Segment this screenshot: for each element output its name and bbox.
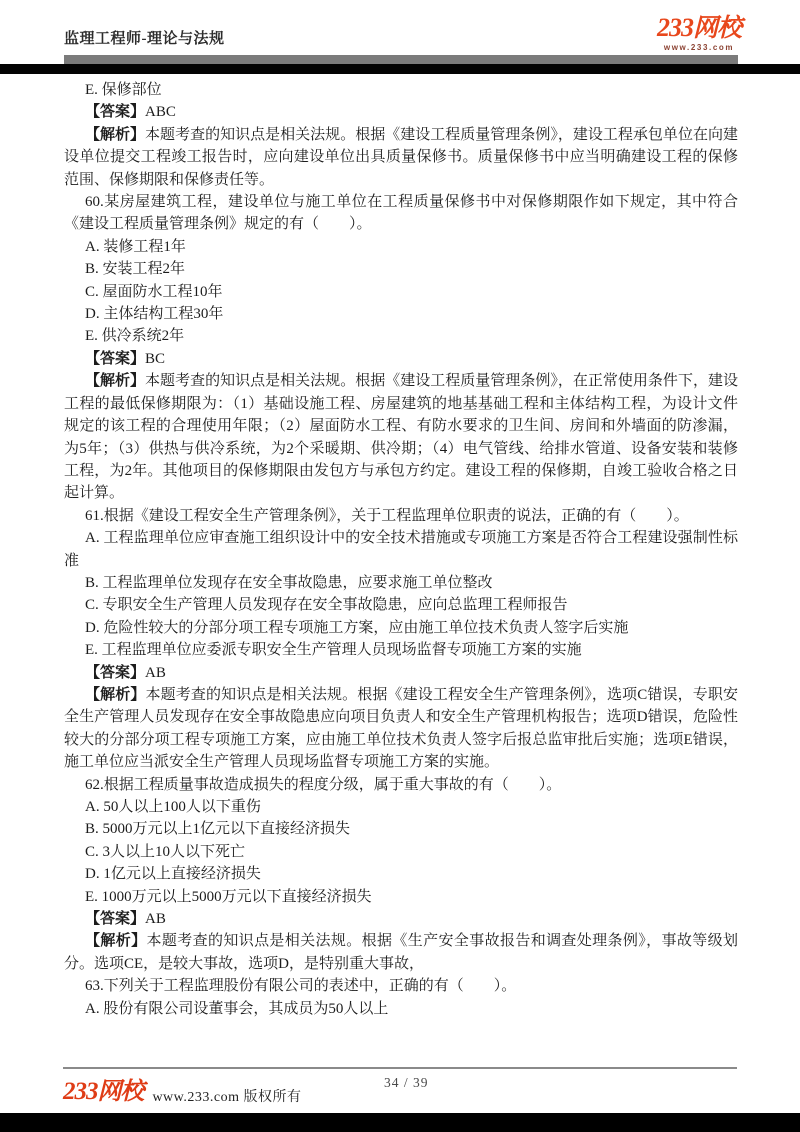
paragraph-text: D. 1亿元以上直接经济损失 [85, 866, 261, 882]
paragraph-text: AB [145, 665, 166, 681]
document-page: { "header": { "title": "监理工程师-理论与法规", "l… [0, 0, 800, 1132]
paragraph-text: 本题考查的知识点是相关法规。根据《建设工程质量管理条例》，建设工程承包单位在向建… [64, 127, 738, 188]
exam-paragraph: C. 3人以上10人以下死亡 [64, 841, 738, 863]
footer-brand: 233网校 www.233.com 版权所有 [63, 1071, 301, 1106]
exam-paragraph: 【答案】BC [64, 348, 738, 370]
exam-paragraph: 60.某房屋建筑工程，建设单位与施工单位在工程质量保修书中对保修期限作如下规定，… [64, 191, 738, 236]
exam-paragraph: 【解析】本题考查的知识点是相关法规。根据《建设工程质量管理条例》，在正常使用条件… [64, 370, 738, 504]
paragraph-text: 本题考查的知识点是相关法规。根据《生产安全事故报告和调查处理条例》，事故等级划分… [64, 933, 738, 971]
exam-paragraph: D. 1亿元以上直接经济损失 [64, 863, 738, 885]
paragraph-text: B. 安装工程2年 [85, 261, 185, 277]
exam-paragraph: E. 1000万元以上5000万元以下直接经济损失 [64, 886, 738, 908]
exam-paragraph: 【答案】AB [64, 662, 738, 684]
paragraph-text: A. 50人以上100人以下重伤 [85, 799, 261, 815]
paragraph-text: 62.根据工程质量事故造成损失的程度分级，属于重大事故的有（ ）。 [85, 777, 561, 793]
exam-paragraph: C. 屋面防水工程10年 [64, 281, 738, 303]
exam-paragraph: A. 50人以上100人以下重伤 [64, 796, 738, 818]
brand-url: www.233.com [648, 44, 750, 52]
paragraph-text: AB [145, 911, 166, 927]
paragraph-text: C. 屋面防水工程10年 [85, 284, 223, 300]
paragraph-label: 【答案】 [85, 104, 145, 120]
paragraph-label: 【答案】 [85, 665, 145, 681]
paragraph-label: 【解析】 [85, 687, 146, 703]
exam-paragraph: 【解析】本题考查的知识点是相关法规。根据《生产安全事故报告和调查处理条例》，事故… [64, 930, 738, 975]
paragraph-text: ABC [145, 104, 176, 120]
paragraph-label: 【解析】 [85, 933, 146, 949]
paragraph-text: E. 供冷系统2年 [85, 328, 184, 344]
header-rule-black [0, 64, 800, 74]
exam-content: E. 保修部位 【答案】ABC 【解析】本题考查的知识点是相关法规。根据《建设工… [64, 79, 738, 1020]
paragraph-text: 61.根据《建设工程安全生产管理条例》，关于工程监理单位职责的说法，正确的有（ … [85, 508, 689, 524]
exam-paragraph: E. 工程监理单位应委派专职安全生产管理人员现场监督专项施工方案的实施 [64, 639, 738, 661]
page-title: 监理工程师-理论与法规 [64, 27, 225, 48]
exam-paragraph: 【答案】ABC [64, 101, 738, 123]
brand-school: 网校 [693, 15, 741, 42]
paragraph-text: 本题考查的知识点是相关法规。根据《建设工程安全生产管理条例》，选项C错误，专职安… [64, 687, 738, 770]
exam-paragraph: D. 主体结构工程30年 [64, 303, 738, 325]
paragraph-label: 【答案】 [85, 911, 145, 927]
paragraph-text: A. 装修工程1年 [85, 239, 186, 255]
footer-rule [63, 1067, 737, 1069]
paragraph-text: B. 5000万元以上1亿元以下直接经济损失 [85, 821, 350, 837]
exam-paragraph: A. 装修工程1年 [64, 236, 738, 258]
brand-number: 233 [657, 13, 693, 42]
footer-copyright: www.233.com 版权所有 [152, 1089, 301, 1106]
footer-bar-black [0, 1113, 800, 1132]
paragraph-text: C. 3人以上10人以下死亡 [85, 844, 245, 860]
paragraph-text: A. 工程监理单位应审查施工组织设计中的安全技术措施或专项施工方案是否符合工程建… [64, 530, 738, 568]
exam-paragraph: 63.下列关于工程监理股份有限公司的表述中，正确的有（ ）。 [64, 975, 738, 997]
header-rule-gray [64, 55, 738, 64]
brand-wordmark: 233网校 [657, 15, 741, 42]
footer-site-url: www.233.com [152, 1090, 239, 1105]
paragraph-label: 【答案】 [85, 351, 145, 367]
exam-paragraph: B. 工程监理单位发现存在安全事故隐患，应要求施工单位整改 [64, 572, 738, 594]
paragraph-text: 63.下列关于工程监理股份有限公司的表述中，正确的有（ ）。 [85, 978, 516, 994]
paragraph-text: BC [145, 351, 165, 367]
page-indicator: 34 / 39 [384, 1075, 429, 1091]
paragraph-label: 【解析】 [85, 373, 145, 389]
exam-paragraph: E. 保修部位 [64, 79, 738, 101]
exam-paragraph: C. 专职安全生产管理人员发现存在安全事故隐患，应向总监理工程师报告 [64, 594, 738, 616]
footer-brand-school: 网校 [97, 1079, 143, 1105]
paragraph-text: E. 保修部位 [85, 82, 162, 98]
paragraph-text: E. 工程监理单位应委派专职安全生产管理人员现场监督专项施工方案的实施 [85, 642, 582, 658]
brand-logo: 233网校 www.233.com [648, 15, 750, 52]
exam-paragraph: A. 股份有限公司设董事会，其成员为50人以上 [64, 998, 738, 1020]
exam-paragraph: 【解析】本题考查的知识点是相关法规。根据《建设工程安全生产管理条例》，选项C错误… [64, 684, 738, 774]
exam-paragraph: D. 危险性较大的分部分项工程专项施工方案，应由施工单位技术负责人签字后实施 [64, 617, 738, 639]
footer-copyright-text: 版权所有 [243, 1090, 301, 1105]
paragraph-label: 【解析】 [85, 127, 145, 143]
footer-brand-wordmark: 233网校 [63, 1071, 143, 1106]
exam-paragraph: 【解析】本题考查的知识点是相关法规。根据《建设工程质量管理条例》，建设工程承包单… [64, 124, 738, 191]
paragraph-text: E. 1000万元以上5000万元以下直接经济损失 [85, 889, 372, 905]
paragraph-text: A. 股份有限公司设董事会，其成员为50人以上 [85, 1001, 388, 1017]
paragraph-text: D. 主体结构工程30年 [85, 306, 223, 322]
exam-paragraph: B. 5000万元以上1亿元以下直接经济损失 [64, 818, 738, 840]
paragraph-text: C. 专职安全生产管理人员发现存在安全事故隐患，应向总监理工程师报告 [85, 597, 568, 613]
exam-paragraph: 61.根据《建设工程安全生产管理条例》，关于工程监理单位职责的说法，正确的有（ … [64, 505, 738, 527]
paragraph-text: 60.某房屋建筑工程，建设单位与施工单位在工程质量保修书中对保修期限作如下规定，… [64, 194, 738, 232]
exam-paragraph: 【答案】AB [64, 908, 738, 930]
paragraph-text: 本题考查的知识点是相关法规。根据《建设工程质量管理条例》，在正常使用条件下，建设… [64, 373, 738, 501]
exam-paragraph: E. 供冷系统2年 [64, 325, 738, 347]
footer-brand-number: 233 [63, 1078, 97, 1105]
exam-paragraph: 62.根据工程质量事故造成损失的程度分级，属于重大事故的有（ ）。 [64, 774, 738, 796]
exam-paragraph: B. 安装工程2年 [64, 258, 738, 280]
paragraph-text: D. 危险性较大的分部分项工程专项施工方案，应由施工单位技术负责人签字后实施 [85, 620, 628, 636]
exam-paragraph: A. 工程监理单位应审查施工组织设计中的安全技术措施或专项施工方案是否符合工程建… [64, 527, 738, 572]
paragraph-text: B. 工程监理单位发现存在安全事故隐患，应要求施工单位整改 [85, 575, 493, 591]
